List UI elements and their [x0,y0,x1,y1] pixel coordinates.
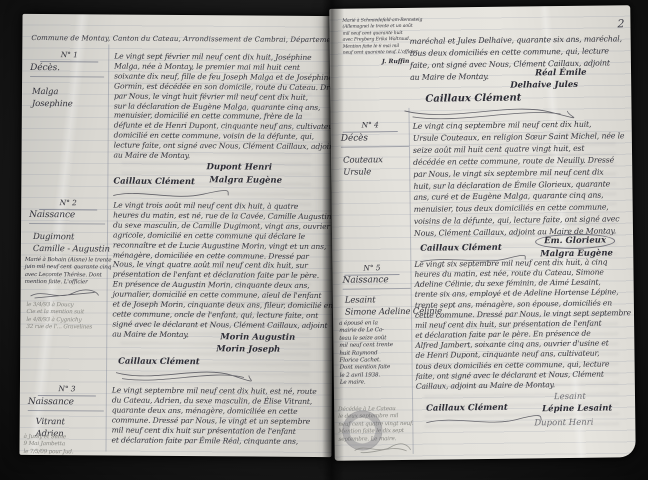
entry-2-number: N° 2 [39,198,97,210]
entry-4-number: N° 4 [343,120,398,133]
entry-4-category: Décès [341,133,409,148]
entry-3-body-continued: maréchal et Jules Delhaive, quarante six… [410,33,623,83]
signature-dupont-henri: Dupont Henri [206,162,272,172]
entry-1-number: N° 1 [40,50,98,62]
entry-5-body: Le vingt six septembre mil neuf cent dix… [414,257,632,392]
signature-caillaux-clement: Caillaux Clément [113,177,195,188]
signature-caillaux-clement: Caillaux Clément [118,357,200,368]
signature-lepine-lesaint: Lépine Lesaint [542,403,612,414]
signature-flourish [111,187,231,202]
entry-5-category: Naissance [343,275,411,290]
entry-3-category: Naissance [28,397,104,412]
signature-delhaive-jules: Delhaive Jules [510,80,578,91]
entry-1-category: Décès. [30,63,104,78]
entry-2-name: DugimontCamille - Augustin [33,231,110,256]
entry-2-marginal-mention: Marié à Bohain (Aisne) le trentejuin mil… [25,257,112,287]
pencil-signature [353,442,413,455]
microfilm-scan-background: Commune de Montay, Canton du Cateau, Arr… [0,0,648,480]
signature-officier: J. Ruffin [382,58,410,65]
register-page-right: 2 Marié à Schmiedefeld-am-Rennsteig(Alle… [329,5,635,461]
entry-1-name: MalgaJosephine [32,86,73,110]
page-header-commune: Commune de Montay, Canton du Cateau, Arr… [31,34,334,44]
entry-2-category: Naissance [29,210,105,225]
entry-2-body: Le vingt trois août mil neuf cent dix hu… [112,201,334,341]
page-number: 2 [617,17,624,30]
entry-3-body: Le vingt septembre mil neuf cent dix hui… [112,386,317,447]
signature-real-emile: Réal Émile [535,68,587,79]
signature-lesaint: Lesaint [554,392,586,402]
entry-3-number: N° 3 [38,384,96,396]
entry-4-body: Le vingt cinq septembre mil neuf cent di… [413,118,626,240]
signature-morin-augustin: Morin Augustin [220,332,295,343]
signature-glorieux-circled: Em. Glorieux [535,233,615,249]
entry-4-name: CouteauxUrsule [343,154,383,178]
signature-flourish [112,367,252,384]
signature-morin-joseph: Morin Joseph [216,344,280,354]
entry-5-marriage-mention: a épousé en lamairie de Le Ca-teau le se… [339,320,393,387]
entry-5-number: N° 5 [344,263,399,276]
signature-flourish [424,412,544,427]
entry-2-pencil-note: le 3/4/93 à DoucyCie et la mention suitl… [26,302,92,332]
signature-malgra-eugene: Malgra Eugène [209,175,282,186]
marginal-paraph [29,288,101,301]
entry-3-pencil-note: à Jussy et Saine9 Mai Jambettale 7/5/09 … [23,434,73,457]
register-page-left: Commune de Montay, Canton du Cateau, Arr… [19,14,334,457]
entry-1-body: Le vingt sept février mil neuf cent dix … [114,52,335,163]
